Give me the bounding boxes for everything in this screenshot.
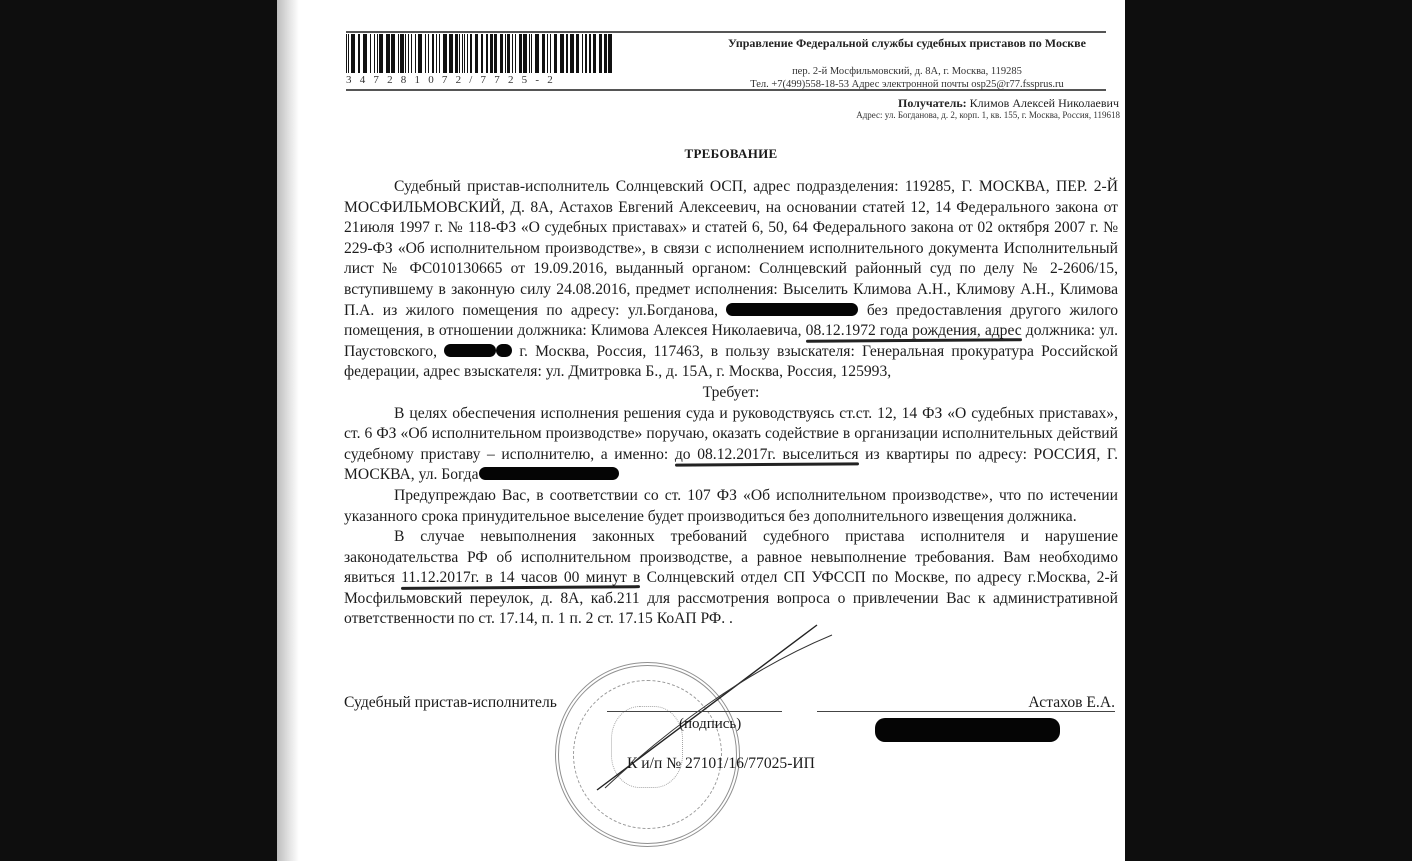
document-page: 347281072/7725-2 Управление Федеральной … [277, 0, 1125, 861]
header-rule-top [346, 31, 1106, 33]
handwritten-signature [577, 620, 837, 800]
organization-name: Управление Федеральной службы судебных п… [697, 36, 1117, 51]
recipient-label: Получатель: [898, 96, 967, 110]
recipient-name: Климов Алексей Николаевич [970, 96, 1119, 110]
organization-address: пер. 2-й Мосфильмовский, д. 8А, г. Москв… [697, 65, 1117, 78]
demands-label: Требует: [344, 383, 1118, 404]
redaction-block [726, 303, 858, 316]
signature-caption: (подпись) [679, 716, 741, 733]
organization-contacts: пер. 2-й Мосфильмовский, д. 8А, г. Москв… [697, 65, 1117, 91]
signer-name: Астахов Е.А. [1028, 694, 1115, 712]
underlined-appointment: 11.12.2017г. в 14 часов 00 минут в [401, 569, 640, 586]
paragraph-2: В целях обеспечения исполнения решения с… [344, 404, 1118, 486]
recipient-address: Адрес: ул. Богданова, д. 2, корп. 1, кв.… [856, 110, 1120, 120]
signer-position: Судебный пристав-исполнитель [344, 694, 557, 712]
document-title: ТРЕБОВАНИЕ [277, 146, 1125, 162]
organization-phone-email: Тел. +7(499)558-18-53 Адрес электронной … [697, 78, 1117, 91]
redaction-block [479, 467, 619, 480]
paragraph-1: Судебный пристав-исполнитель Солнцевский… [344, 177, 1118, 383]
case-number: К и/п № 27101/16/77025-ИП [627, 755, 815, 773]
recipient: Получатель: Климов Алексей Николаевич [898, 96, 1119, 111]
redaction-block [444, 344, 496, 357]
underlined-birthdate: 08.12.1972 года рождения, адрес [806, 322, 1022, 339]
page-edge-shadow [277, 0, 299, 861]
barcode: 347281072/7725-2 [346, 31, 621, 93]
barcode-number: 347281072/7725-2 [346, 74, 626, 86]
document-body: Судебный пристав-исполнитель Солнцевский… [344, 177, 1118, 630]
paragraph-3: Предупреждаю Вас, в соответствии со ст. … [344, 486, 1118, 527]
redaction-block [496, 344, 512, 357]
barcode-bars [346, 34, 618, 73]
paragraph-1-text-a: Судебный пристав-исполнитель Солнцевский… [344, 178, 1118, 319]
signature-line [607, 711, 782, 712]
underlined-deadline: до 08.12.2017г. выселиться [675, 446, 859, 463]
paragraph-4: В случае невыполнения законных требовани… [344, 527, 1118, 630]
redaction-block [875, 718, 1060, 742]
